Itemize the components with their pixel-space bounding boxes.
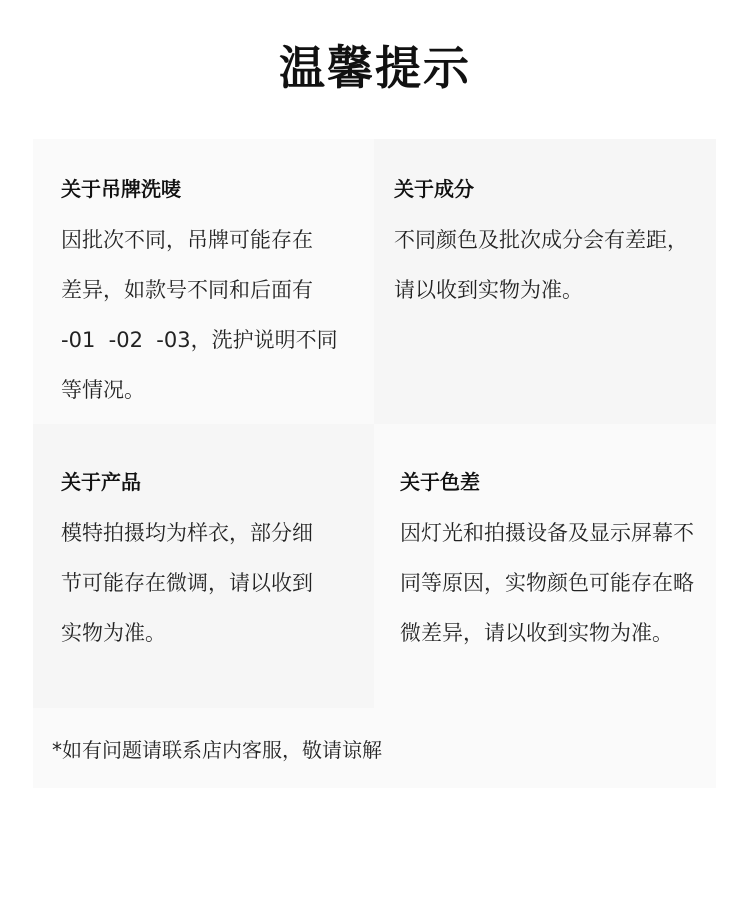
section-text-line: 实物为准。	[61, 608, 374, 658]
section-tag-label: 关于吊牌洗唛 因批次不同，吊牌可能存在 差异，如款号不同和后面有 -01 -02…	[33, 139, 374, 424]
section-text-line: 微差异，请以收到实物为准。	[400, 608, 716, 658]
footer-note: *如有问题请联系店内客服，敬请谅解	[52, 736, 716, 764]
section-heading: 关于成分	[394, 177, 716, 201]
section-composition: 关于成分 不同颜色及批次成分会有差距， 请以收到实物为准。	[374, 139, 716, 424]
section-heading: 关于吊牌洗唛	[61, 177, 374, 201]
section-color-difference: 关于色差 因灯光和拍摄设备及显示屏幕不 同等原因，实物颜色可能存在略 微差异，请…	[374, 424, 716, 708]
section-heading: 关于产品	[61, 470, 374, 494]
section-text-line: 因批次不同，吊牌可能存在	[61, 215, 374, 265]
footer-note-panel: *如有问题请联系店内客服，敬请谅解	[33, 708, 716, 788]
section-text-line: 差异，如款号不同和后面有	[61, 265, 374, 315]
page-title: 温馨提示	[0, 38, 750, 98]
section-text-line: 同等原因，实物颜色可能存在略	[400, 558, 716, 608]
section-text-line: 节可能存在微调，请以收到	[61, 558, 374, 608]
section-text-line: 模特拍摄均为样衣，部分细	[61, 508, 374, 558]
section-text-line: 不同颜色及批次成分会有差距，	[394, 215, 716, 265]
section-text-line: -01 -02 -03，洗护说明不同	[61, 315, 374, 365]
section-text-line: 等情况。	[61, 365, 374, 415]
section-product: 关于产品 模特拍摄均为样衣，部分细 节可能存在微调，请以收到 实物为准。	[33, 424, 374, 708]
section-heading: 关于色差	[400, 470, 716, 494]
section-text-line: 因灯光和拍摄设备及显示屏幕不	[400, 508, 716, 558]
section-text-line: 请以收到实物为准。	[394, 265, 716, 315]
